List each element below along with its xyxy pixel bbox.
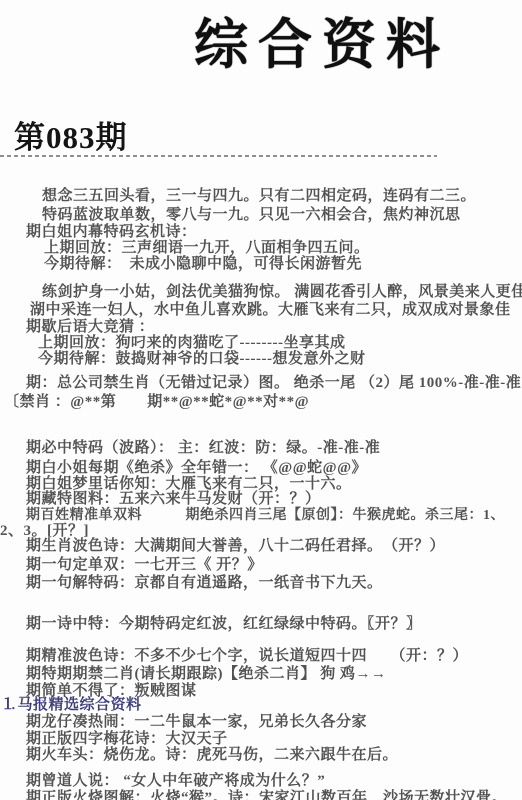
text-line-one-poem-special: 期一诗中特：今期特码定红波，红红绿绿中特码。〖开？〗 <box>26 612 422 633</box>
issue-number-label: 第083期 <box>14 112 128 157</box>
text-line-wave-route: 期必中特码（波路）： 主：红波：防：绿。-准-准-准 <box>26 436 380 457</box>
text-line-ban-zodiac: 期：总公司禁生肖（无错过记录）图。 绝杀一尾 （2）尾 100%-准-准-准 <box>26 371 521 392</box>
text-line-zodiac-wave-poem: 期生肖波色诗：大满期间大誉善，八十二码任君择。 （开？） <box>26 534 445 555</box>
text-line-huochetou: 期火车头：烧伤龙。诗：虎死马伤，二来六跟牛在后。 <box>26 743 398 764</box>
text-line-huoshao: 期正版火烧图解：火烧“猴”。诗：宋家江山数百年，沙场无数壮汉骨。 <box>26 786 507 800</box>
text-line-poem-1: 想念三五回头看，三一与四九。只有二四相定码，连码有二三。 <box>42 184 476 205</box>
page-title: 综合资料 <box>194 2 450 79</box>
document-page: 综合资料 第083期 想念三五回头看，三一与四九。只有二四相定码，连码有二三。 … <box>0 0 522 800</box>
divider-dashed-line <box>0 155 437 157</box>
text-line-current-hint-1: 今期待解： 未成小隐聊中隐，可得长闲游暂先 <box>44 252 362 273</box>
text-line-current-hint-2: 今期待解：鼓捣财神爷的口袋------想发意外之财 <box>38 347 365 368</box>
text-line-ban-zodiac-code: 〔禁肖 ：@**第 期**@**蛇*@**对**@ <box>4 390 309 411</box>
text-line-one-sentence-tm: 期一句解特码：京都自有逍遥路，一纸音书下九天。 <box>26 571 383 592</box>
text-line-danshuang: 期百姓精准单双料 期绝杀四肖三尾【原创】：牛猴虎蛇。杀三尾：1、 <box>26 504 505 524</box>
